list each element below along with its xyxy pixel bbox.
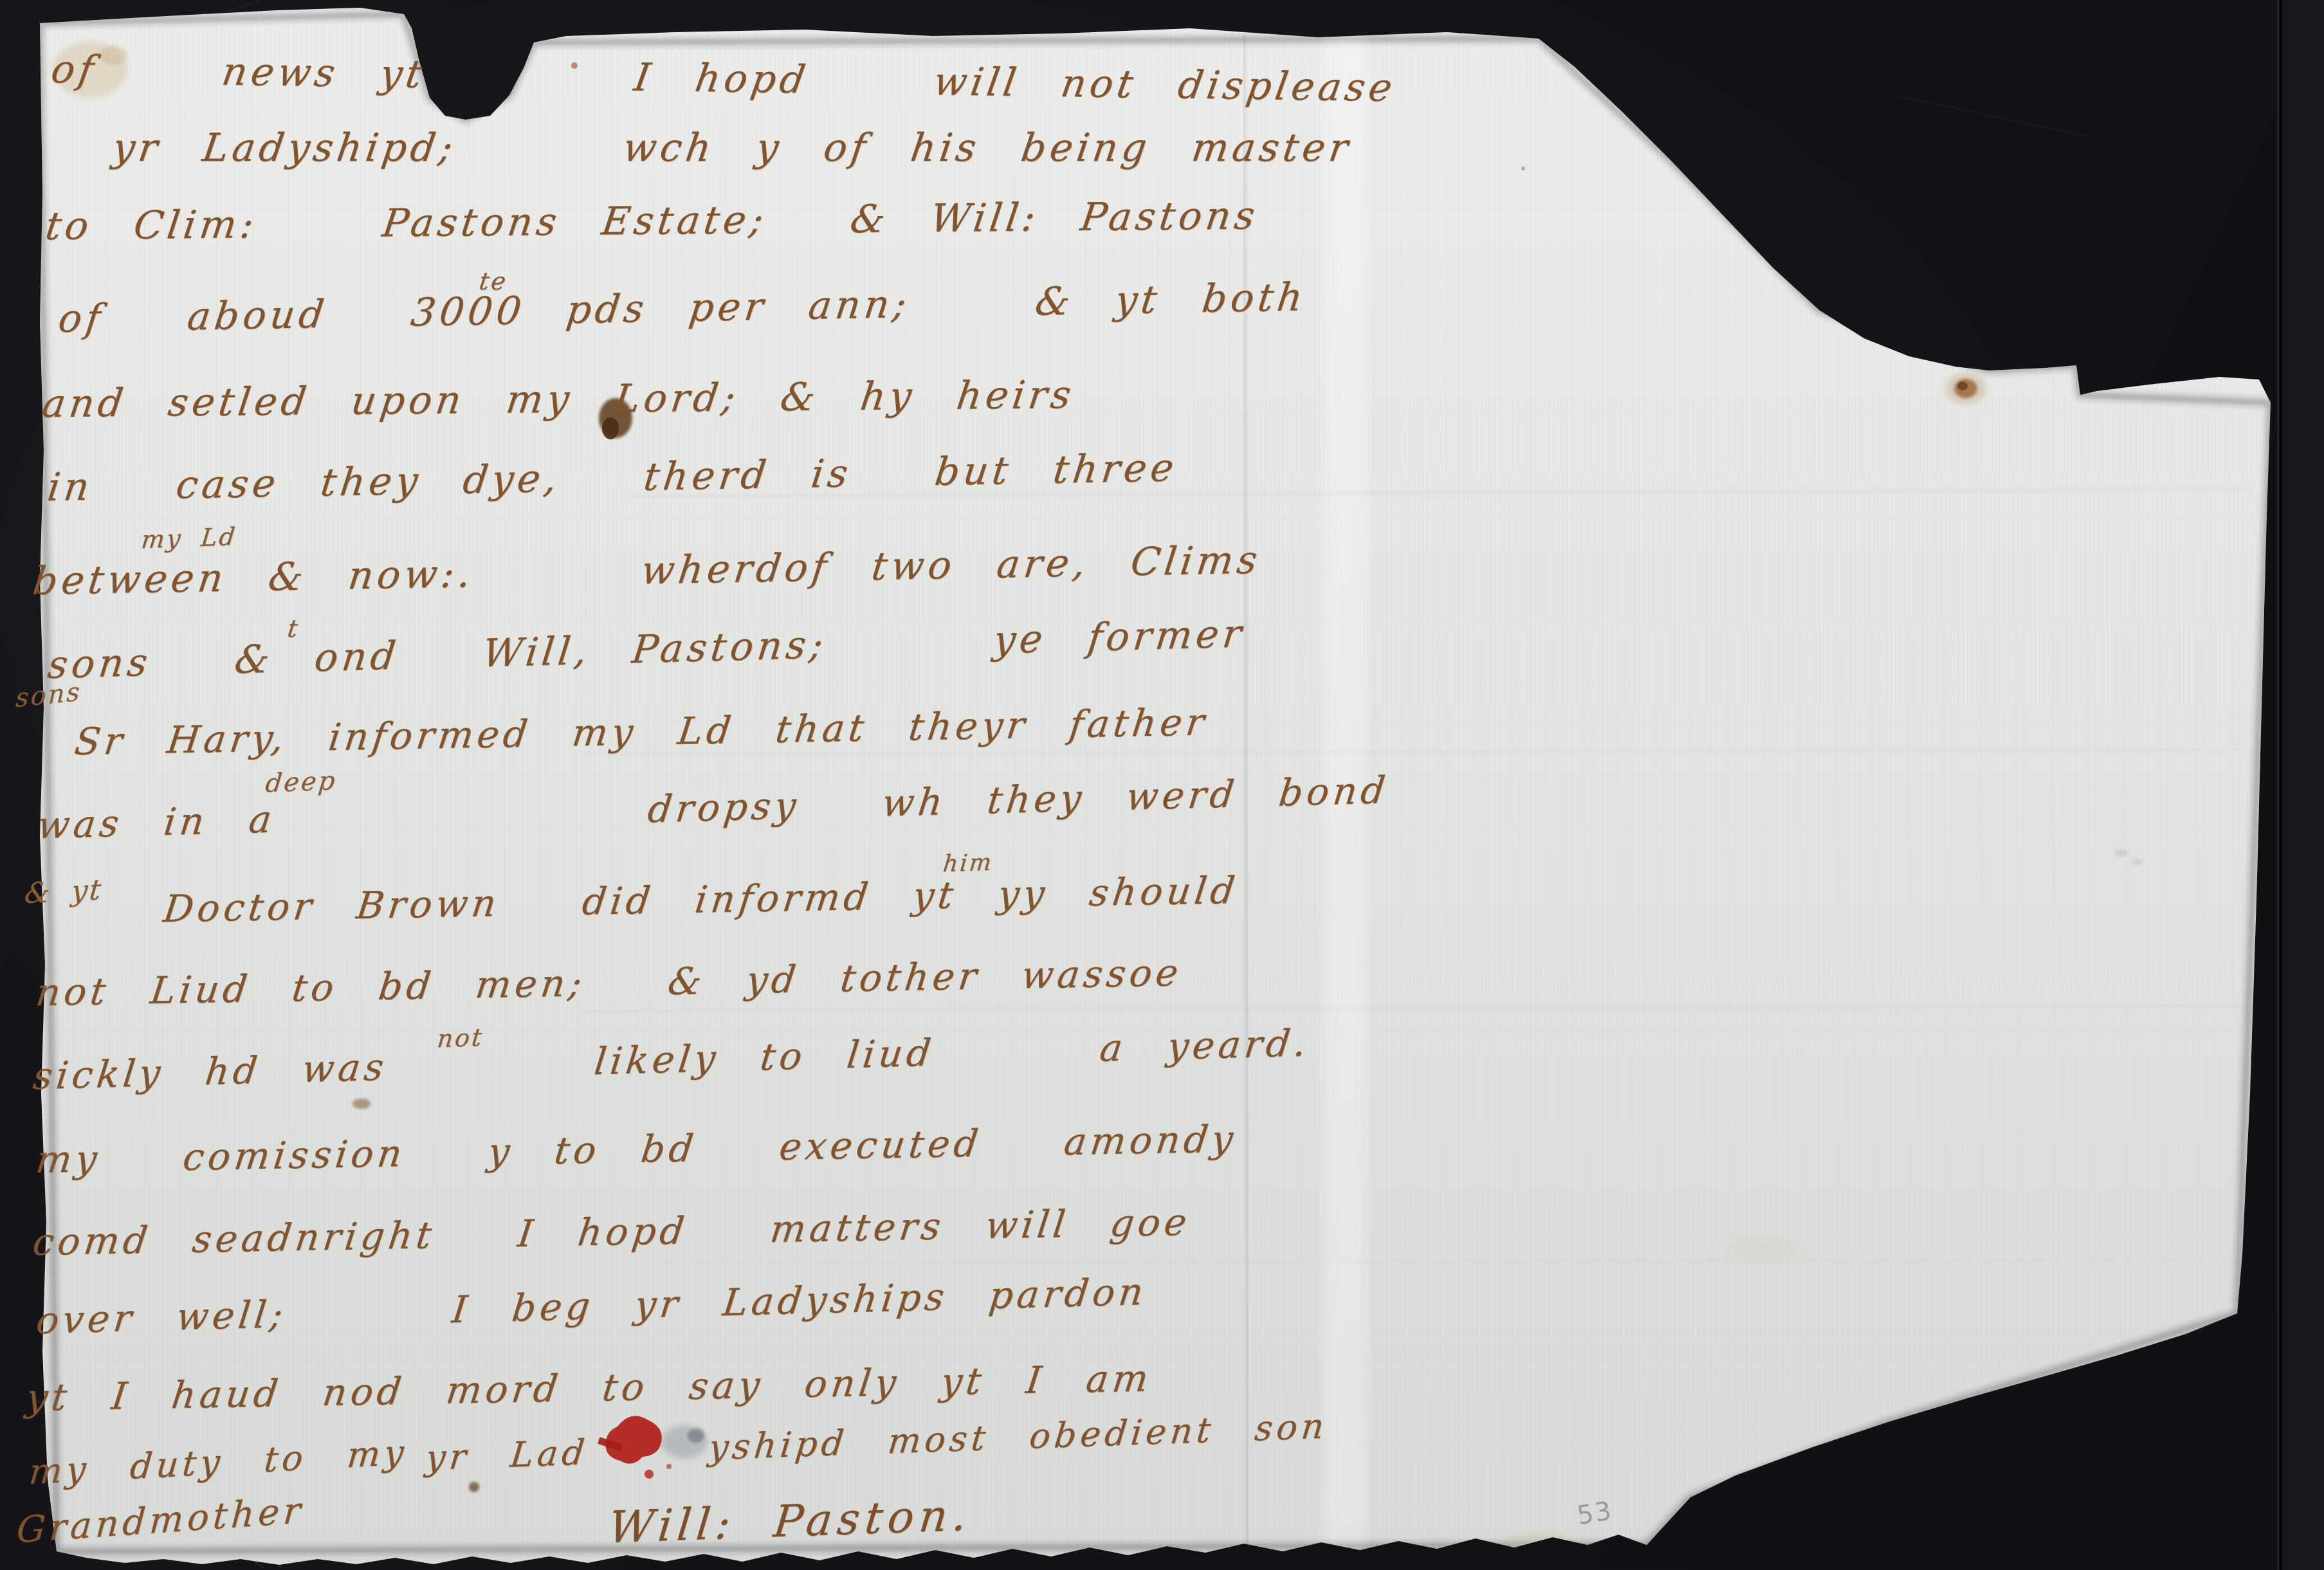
manuscript-line: & yt <box>23 876 104 909</box>
manuscript-line: yt I haud nod mord to say only yt I am <box>24 1359 1154 1416</box>
manuscript-line: Will: Paston. <box>607 1493 974 1550</box>
manuscript-line: was in a dropsy wh they werd bond <box>35 771 1391 844</box>
manuscript-line: Doctor Brown did informd yt yy should <box>161 872 1241 927</box>
manuscript-line: of news yt I hopd will not displease <box>49 50 1398 107</box>
manuscript-line: my duty to my <box>28 1435 409 1490</box>
manuscript-line: to Clim: Pastons Estate; & Will: Pastons <box>43 197 1261 246</box>
folio-number: 53 <box>1575 1496 1615 1531</box>
manuscript-line: sons & ond Will, Pastons; ye former <box>46 614 1247 684</box>
manuscript-line: yr Lad <box>424 1435 590 1475</box>
manuscript-line: Grandmother <box>15 1493 306 1549</box>
manuscript-line: over well; I beg yr Ladyships pardon <box>34 1273 1149 1339</box>
manuscript-line: of aboud 3000 pds per ann; & yt both <box>57 278 1309 338</box>
manuscript-line: sons <box>15 679 82 711</box>
manuscript-line: sickly hd was likely to liud a yeard. <box>31 1024 1312 1095</box>
manuscript-line: in case they dye, therd is but three <box>46 448 1180 507</box>
manuscript-line: not Liud to bd men; & yd tother wassoe <box>34 954 1184 1011</box>
manuscript-line: my Ld <box>140 524 238 552</box>
manuscript-line: deep <box>264 768 338 796</box>
manuscript-line: comd seadnright I hopd matters will goe <box>31 1203 1193 1261</box>
manuscript-line: yr Ladyshipd; wch y of his being master <box>111 129 1355 167</box>
manuscript-text-layer: of news yt I hopd will not displeaseyr L… <box>0 0 2324 1570</box>
manuscript-line: Sr Hary, informed my Ld that theyr fathe… <box>73 703 1210 760</box>
manuscript-line: my comission y to bd executed amondy <box>34 1120 1239 1178</box>
manuscript-line: yshipd most obedient son <box>707 1409 1329 1465</box>
scan-background: of news yt I hopd will not displeaseyr L… <box>0 0 2324 1570</box>
manuscript-line: and setled upon my Lord; & hy heirs <box>40 376 1077 423</box>
